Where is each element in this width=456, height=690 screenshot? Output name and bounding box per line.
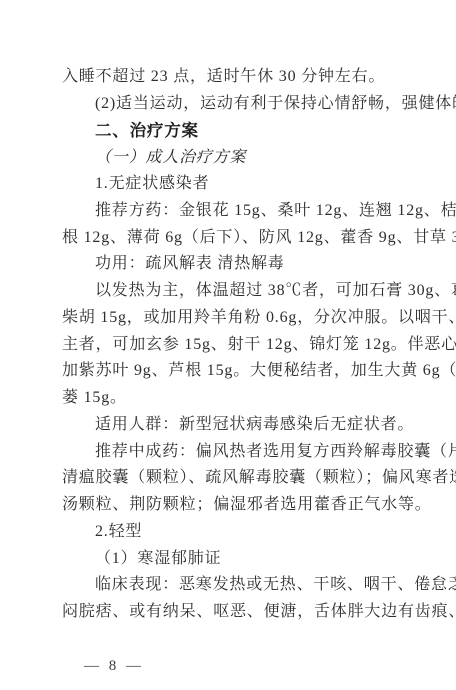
text-line-fever-1: 以发热为主，体温超过 38℃者，可加石膏 30g、葛根 15g、 <box>62 278 456 305</box>
text-line-patent-medicine-3: 汤颗粒、荆防颗粒；偏湿邪者选用藿香正气水等。 <box>62 492 456 519</box>
text-line-applicable-group: 适用人群：新型冠状病毒感染后无症状者。 <box>62 412 456 439</box>
text-line-patent-medicine-1: 推荐中成药：偏风热者选用复方西羚解毒胶囊（片）、连花 <box>62 439 456 466</box>
text-line-exercise-advice: (2)适当运动，运动有利于保持心情舒畅，强健体魄。 <box>62 91 456 118</box>
subsection-heading-adult-plan: （一）成人治疗方案 <box>62 144 456 171</box>
text-line-clinical-2: 闷脘痞、或有纳呆、呕恶、便溏，舌体胖大边有齿痕、舌质淡 <box>62 599 456 626</box>
section-heading-treatment-plan: 二、治疗方案 <box>62 118 456 145</box>
text-line-clinical-1: 临床表现：恶寒发热或无热、干咳、咽干、倦怠乏力、胸 <box>62 572 456 599</box>
item-heading-mild-type: 2.轻型 <box>62 519 456 546</box>
text-line-fever-3: 主者，可加玄参 15g、射干 12g、锦灯笼 12g。伴恶心或呕吐者， <box>62 332 456 359</box>
text-line-patent-medicine-2: 清瘟胶囊（颗粒）、疏风解毒胶囊（颗粒）；偏风寒者选用葛根 <box>62 465 456 492</box>
item-heading-cold-damp-lung: （1）寒湿郁肺证 <box>62 546 456 573</box>
text-line-fever-2: 柴胡 15g，或加用羚羊角粉 0.6g，分次冲服。以咽干、咽痛为 <box>62 305 456 332</box>
text-line-fever-5: 蒌 15g。 <box>62 385 456 412</box>
document-text-block: 入睡不超过 23 点，适时午休 30 分钟左右。(2)适当运动，运动有利于保持心… <box>62 64 456 626</box>
page-number: — 8 — <box>84 658 144 675</box>
text-line-function: 功用：疏风解表 清热解毒 <box>62 251 456 278</box>
document-page: 入睡不超过 23 点，适时午休 30 分钟左右。(2)适当运动，运动有利于保持心… <box>0 0 456 690</box>
text-line-formula-1: 推荐方药：金银花 15g、桑叶 12g、连翘 12g、桔梗 9g、芦 <box>62 198 456 225</box>
text-line-sleep-advice: 入睡不超过 23 点，适时午休 30 分钟左右。 <box>62 64 456 91</box>
text-line-fever-4: 加紫苏叶 9g、芦根 15g。大便秘结者，加生大黄 6g（后下）、瓜 <box>62 358 456 385</box>
text-line-formula-2: 根 12g、薄荷 6g（后下）、防风 12g、藿香 9g、甘草 3g。 <box>62 225 456 252</box>
item-heading-asymptomatic: 1.无症状感染者 <box>62 171 456 198</box>
